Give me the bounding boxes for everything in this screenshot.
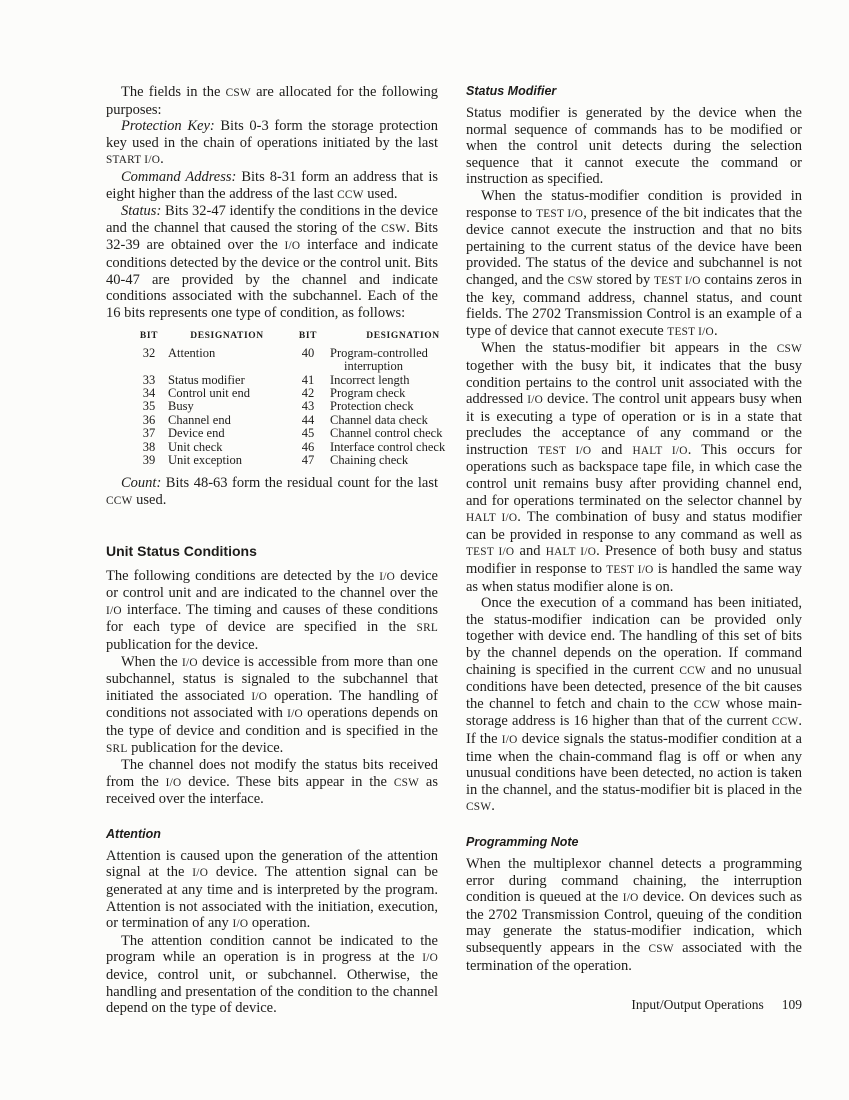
paragraph-status: Status: Bits 32-47 identify the conditio…	[106, 203, 438, 321]
footer-section-title: Input/Output Operations	[631, 997, 763, 1012]
bit-table-cell: 43	[288, 400, 328, 413]
paragraph-status-modifier-4: Once the execution of a command has been…	[466, 595, 802, 816]
bit-table-cell: Program check	[328, 387, 478, 400]
bit-table-cell: Chaining check	[328, 454, 478, 467]
paragraph-unit-status-2: When the i/o device is accessible from m…	[106, 654, 438, 758]
bit-table-cell: Protection check	[328, 400, 478, 413]
bit-table-header-bit-2: BIT	[288, 330, 328, 346]
bit-table-cell: Unit exception	[166, 454, 288, 467]
bit-table-cell: 36	[132, 414, 166, 427]
bit-table-cell: Device end	[166, 427, 288, 440]
paragraph-status-modifier-1: Status modifier is generated by the devi…	[466, 105, 802, 188]
bit-table-cell: 33	[132, 374, 166, 387]
bit-table-cell: Channel end	[166, 414, 288, 427]
paragraph-command-address: Command Address: Bits 8-31 form an addre…	[106, 169, 438, 203]
bit-table-cell: 34	[132, 387, 166, 400]
bit-table-cell: 42	[288, 387, 328, 400]
paragraph-status-modifier-3: When the status-modifier bit appears in …	[466, 340, 802, 595]
bit-table-cell: 35	[132, 400, 166, 413]
bit-table-cell: 44	[288, 414, 328, 427]
paragraph-unit-status-1: The following conditions are detected by…	[106, 568, 438, 654]
bit-table-cell: 46	[288, 441, 328, 454]
bit-table-cell: 40	[288, 347, 328, 374]
bit-table-cell: 38	[132, 441, 166, 454]
paragraph-attention-2: The attention condition cannot be indica…	[106, 933, 438, 1017]
heading-status-modifier: Status Modifier	[466, 84, 802, 98]
bit-table-cell: Busy	[166, 400, 288, 413]
bit-table-header-designation-2: DESIGNATION	[328, 330, 478, 346]
paragraph-protection-key: Protection Key: Bits 0-3 form the storag…	[106, 118, 438, 169]
bit-table-cell: Status modifier	[166, 374, 288, 387]
bit-table-cell: Channel data check	[328, 414, 478, 427]
page-footer: Input/Output Operations109	[466, 997, 802, 1013]
heading-programming-note: Programming Note	[466, 835, 802, 849]
heading-attention: Attention	[106, 827, 438, 841]
footer-page-number: 109	[782, 997, 802, 1012]
paragraph-unit-status-3: The channel does not modify the status b…	[106, 757, 438, 808]
bit-table-cell: Interface control check	[328, 441, 478, 454]
bit-table-cell: Program-controlled interruption	[328, 347, 478, 374]
bit-table-cell: 47	[288, 454, 328, 467]
paragraph-csw-fields: The fields in the csw are allocated for …	[106, 84, 438, 118]
bit-table-cell: 39	[132, 454, 166, 467]
bit-table-header-designation-1: DESIGNATION	[166, 330, 288, 346]
bit-table-cell: Incorrect length	[328, 374, 478, 387]
paragraph-status-modifier-2: When the status-modifier condition is pr…	[466, 188, 802, 340]
paragraph-attention-1: Attention is caused upon the generation …	[106, 848, 438, 933]
heading-unit-status-conditions: Unit Status Conditions	[106, 544, 438, 559]
bit-table-cell: 37	[132, 427, 166, 440]
bit-table-cell: Control unit end	[166, 387, 288, 400]
bit-table-cell: Unit check	[166, 441, 288, 454]
paragraph-programming-note-1: When the multiplexor channel detects a p…	[466, 856, 802, 974]
csw-bit-table: BIT DESIGNATION BIT DESIGNATION 32 Atten…	[132, 330, 438, 467]
left-column: The fields in the csw are allocated for …	[106, 84, 438, 1017]
bit-table-cell: 45	[288, 427, 328, 440]
bit-table-cell: 41	[288, 374, 328, 387]
right-column: Status Modifier Status modifier is gener…	[466, 84, 802, 974]
bit-table-cell: 32	[132, 347, 166, 374]
bit-table-cell: Channel control check	[328, 427, 478, 440]
bit-table-cell: Attention	[166, 347, 288, 374]
bit-table-header-bit-1: BIT	[132, 330, 166, 346]
manual-page: The fields in the csw are allocated for …	[0, 0, 849, 1100]
paragraph-count: Count: Bits 48-63 form the residual coun…	[106, 475, 438, 509]
